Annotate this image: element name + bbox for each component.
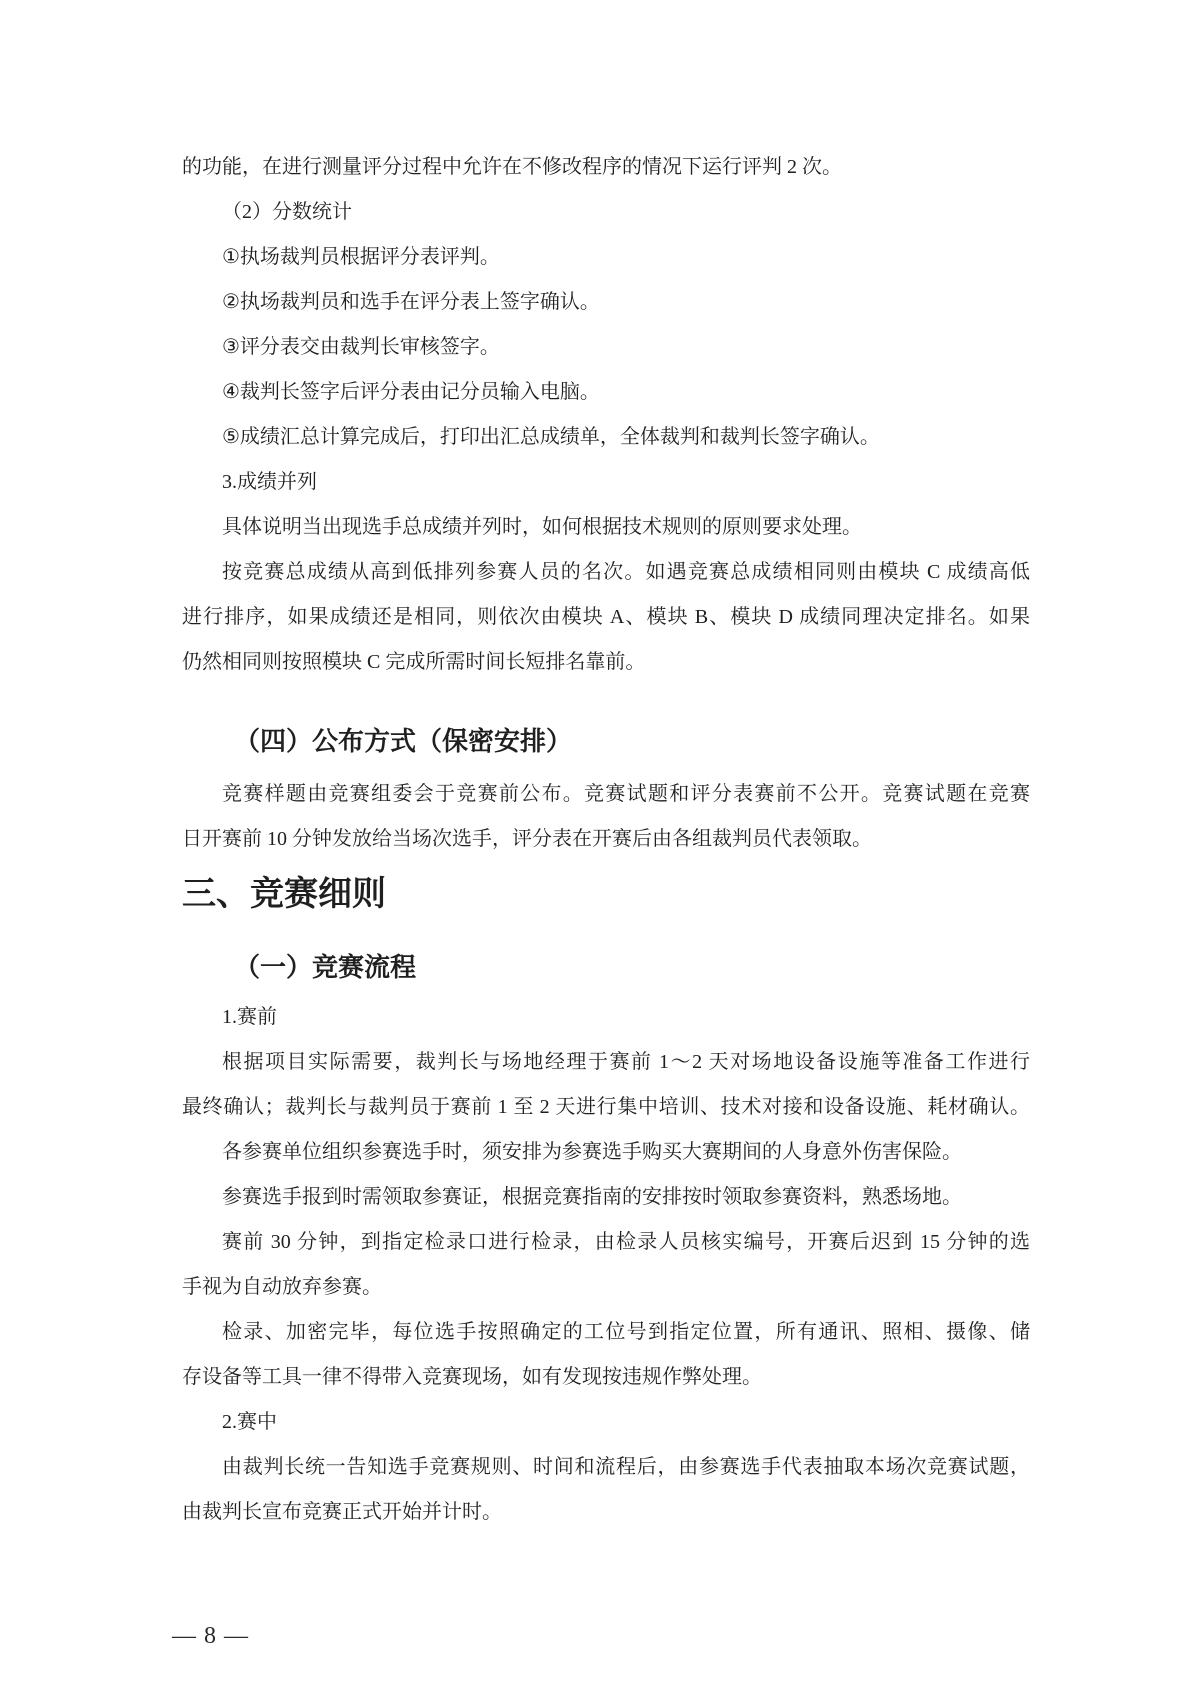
paragraph: 由裁判长统一告知选手竞赛规则、时间和流程后，由参赛选手代表抽取本场次竞赛试题，由… (182, 1445, 1030, 1535)
text-line: （2）分数统计 (182, 190, 1030, 235)
text-line: 三、竞赛细则 (182, 871, 1030, 917)
chapter-heading: 三、竞赛细则 (182, 871, 1030, 917)
paragraph: ②执场裁判员和选手在评分表上签字确认。 (182, 280, 1030, 325)
text-line: 日开赛前 10 分钟发放给当场次选手，评分表在开赛后由各组裁判员代表领取。 (182, 817, 1030, 862)
document-page: 的功能，在进行测量评分过程中允许在不修改程序的情况下运行评判 2 次。（2）分数… (0, 0, 1199, 1696)
page-number: — 8 — (172, 1622, 249, 1650)
text-line: 检录、加密完毕，每位选手按照确定的工位号到指定位置，所有通讯、照相、摄像、储 (182, 1310, 1030, 1355)
paragraph: 2.赛中 (182, 1400, 1030, 1445)
text-line: 进行排序，如果成绩还是相同，则依次由模块 A、模块 B、模块 D 成绩同理决定排… (182, 595, 1030, 640)
paragraph: 具体说明当出现选手总成绩并列时，如何根据技术规则的原则要求处理。 (182, 505, 1030, 550)
text-line: 由裁判长宣布竞赛正式开始并计时。 (182, 1490, 1030, 1535)
text-line: 按竞赛总成绩从高到低排列参赛人员的名次。如遇竞赛总成绩相同则由模块 C 成绩高低 (182, 550, 1030, 595)
text-line: 竞赛样题由竞赛组委会于竞赛前公布。竞赛试题和评分表赛前不公开。竞赛试题在竞赛 (182, 772, 1030, 817)
text-line: 赛前 30 分钟，到指定检录口进行检录，由检录人员核实编号，开赛后迟到 15 分… (182, 1220, 1030, 1265)
paragraph: 1.赛前 (182, 995, 1030, 1040)
text-line: 具体说明当出现选手总成绩并列时，如何根据技术规则的原则要求处理。 (182, 505, 1030, 550)
paragraph: 3.成绩并列 (182, 460, 1030, 505)
paragraph: 检录、加密完毕，每位选手按照确定的工位号到指定位置，所有通讯、照相、摄像、储存设… (182, 1310, 1030, 1400)
paragraph: 参赛选手报到时需领取参赛证，根据竞赛指南的安排按时领取参赛资料，熟悉场地。 (182, 1175, 1030, 1220)
text-line: ③评分表交由裁判长审核签字。 (182, 325, 1030, 370)
paragraph: 根据项目实际需要，裁判长与场地经理于赛前 1～2 天对场地设备设施等准备工作进行… (182, 1040, 1030, 1130)
text-line: （四）公布方式（保密安排） (182, 721, 1030, 761)
text-line: （一）竞赛流程 (182, 947, 1030, 987)
text-line: 3.成绩并列 (182, 460, 1030, 505)
text-line: ②执场裁判员和选手在评分表上签字确认。 (182, 280, 1030, 325)
text-line: ①执场裁判员根据评分表评判。 (182, 235, 1030, 280)
text-line: 存设备等工具一律不得带入竞赛现场，如有发现按违规作弊处理。 (182, 1355, 1030, 1400)
paragraph: 按竞赛总成绩从高到低排列参赛人员的名次。如遇竞赛总成绩相同则由模块 C 成绩高低… (182, 550, 1030, 685)
text-line: 的功能，在进行测量评分过程中允许在不修改程序的情况下运行评判 2 次。 (182, 145, 1030, 190)
text-line: 2.赛中 (182, 1400, 1030, 1445)
text-line: 由裁判长统一告知选手竞赛规则、时间和流程后，由参赛选手代表抽取本场次竞赛试题， (182, 1445, 1030, 1490)
document-content: 的功能，在进行测量评分过程中允许在不修改程序的情况下运行评判 2 次。（2）分数… (182, 0, 1030, 1535)
text-line: 手视为自动放弃参赛。 (182, 1265, 1030, 1310)
text-line: 仍然相同则按照模块 C 完成所需时间长短排名靠前。 (182, 640, 1030, 685)
text-line: 参赛选手报到时需领取参赛证，根据竞赛指南的安排按时领取参赛资料，熟悉场地。 (182, 1175, 1030, 1220)
text-line: 最终确认；裁判长与裁判员于赛前 1 至 2 天进行集中培训、技术对接和设备设施、… (182, 1085, 1030, 1130)
paragraph: 的功能，在进行测量评分过程中允许在不修改程序的情况下运行评判 2 次。 (182, 145, 1030, 190)
paragraph: 赛前 30 分钟，到指定检录口进行检录，由检录人员核实编号，开赛后迟到 15 分… (182, 1220, 1030, 1310)
text-line: 各参赛单位组织参赛选手时，须安排为参赛选手购买大赛期间的人身意外伤害保险。 (182, 1130, 1030, 1175)
paragraph: （2）分数统计 (182, 190, 1030, 235)
text-line: 根据项目实际需要，裁判长与场地经理于赛前 1～2 天对场地设备设施等准备工作进行 (182, 1040, 1030, 1085)
section-heading: （一）竞赛流程 (182, 947, 1030, 987)
paragraph: ③评分表交由裁判长审核签字。 (182, 325, 1030, 370)
text-line: ⑤成绩汇总计算完成后，打印出汇总成绩单，全体裁判和裁判长签字确认。 (182, 415, 1030, 460)
paragraph: ⑤成绩汇总计算完成后，打印出汇总成绩单，全体裁判和裁判长签字确认。 (182, 415, 1030, 460)
text-line: 1.赛前 (182, 995, 1030, 1040)
paragraph: ①执场裁判员根据评分表评判。 (182, 235, 1030, 280)
paragraph: ④裁判长签字后评分表由记分员输入电脑。 (182, 370, 1030, 415)
text-line: ④裁判长签字后评分表由记分员输入电脑。 (182, 370, 1030, 415)
section-heading: （四）公布方式（保密安排） (182, 721, 1030, 761)
paragraph: 各参赛单位组织参赛选手时，须安排为参赛选手购买大赛期间的人身意外伤害保险。 (182, 1130, 1030, 1175)
paragraph: 竞赛样题由竞赛组委会于竞赛前公布。竞赛试题和评分表赛前不公开。竞赛试题在竞赛日开… (182, 772, 1030, 862)
